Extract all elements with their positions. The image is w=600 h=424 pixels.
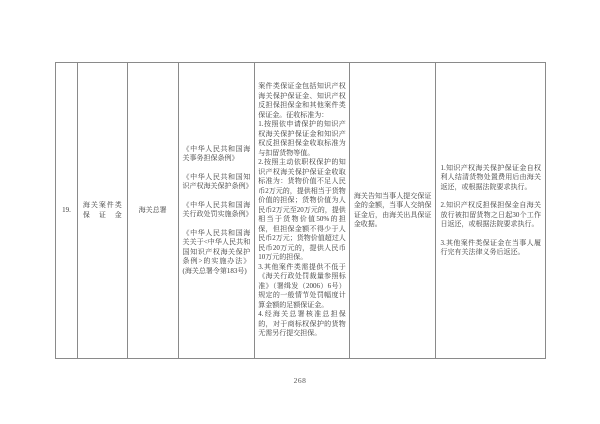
standard-item: 2.按照主动依职权保护的知识产权海关保护保证金收取标准为：货物价值不足人民币2万… xyxy=(258,158,346,263)
legal-basis-cell: 《中华人民共和国海关事务担保条例》 《中华人民共和国知识产权海关保护条例》 《中… xyxy=(179,63,256,358)
procedure-cell: 海关告知当事人提交保证金的金额，当事人交纳保证金后，由海关出具保证金收据。 xyxy=(350,63,437,358)
standard-intro: 案件类保证金包括知识产权海关保护保证金、知识产权反担保担保金和其他案件类保证金。… xyxy=(258,82,346,120)
page-number: 268 xyxy=(0,376,600,385)
legal-basis-item: 《中华人民共和国知识产权海关保护条例》 xyxy=(183,173,251,192)
document-page: 19. 海关案件类保证金 海关总署 《中华人民共和国海关事务担保条例》 《中华人… xyxy=(0,0,600,424)
standard-item: 4.经海关总署核准总担保的，对于商标权保护的货物无需另行提交担保。 xyxy=(258,310,346,339)
procedure-text: 海关告知当事人提交保证金的金额，当事人交纳保证金后，由海关出具保证金收据。 xyxy=(354,192,432,230)
authority-cell: 海关总署 xyxy=(128,63,179,358)
authority-name: 海关总署 xyxy=(139,206,167,216)
legal-basis-item: 《中华人民共和国海关关于<中华人民共和国知识产权海关保护条例>的实施办法》(海关… xyxy=(183,229,251,277)
legal-basis-item: 《中华人民共和国海关行政处罚实施条例》 xyxy=(183,201,251,220)
row-index-cell: 19. xyxy=(56,63,78,358)
fee-name-cell: 海关案件类保证金 xyxy=(78,63,128,358)
refund-item: 1.知识产权海关保护保证金自权利人结清货物处置费用后由海关返还，或根据法院要求执… xyxy=(440,164,541,193)
fee-name: 海关案件类保证金 xyxy=(83,201,122,220)
legal-basis-item: 《中华人民共和国海关事务担保条例》 xyxy=(183,145,251,164)
standard-item: 3.其他案件类需提供不低于《海关行政处罚裁量参照标准》（署缉发（2006）6号）… xyxy=(258,263,346,311)
refund-item: 2.知识产权反担保担保金自海关放行被扣留货物之日起30个工作日返还，或根据法院要… xyxy=(440,201,541,230)
collection-standard-cell: 案件类保证金包括知识产权海关保护保证金、知识产权反担保担保金和其他案件类保证金。… xyxy=(255,63,350,358)
deposit-fee-table: 19. 海关案件类保证金 海关总署 《中华人民共和国海关事务担保条例》 《中华人… xyxy=(55,62,546,359)
refund-item: 3.其他案件类保证金在当事人履行完有关法律义务后返还。 xyxy=(440,239,541,258)
refund-cell: 1.知识产权海关保护保证金自权利人结清货物处置费用后由海关返还，或根据法院要求执… xyxy=(436,63,545,358)
row-index: 19. xyxy=(62,206,71,216)
standard-item: 1.按照依申请保护的知识产权海关保护保证金和知识产权反担保担保金收取标准为与扣留… xyxy=(258,120,346,158)
